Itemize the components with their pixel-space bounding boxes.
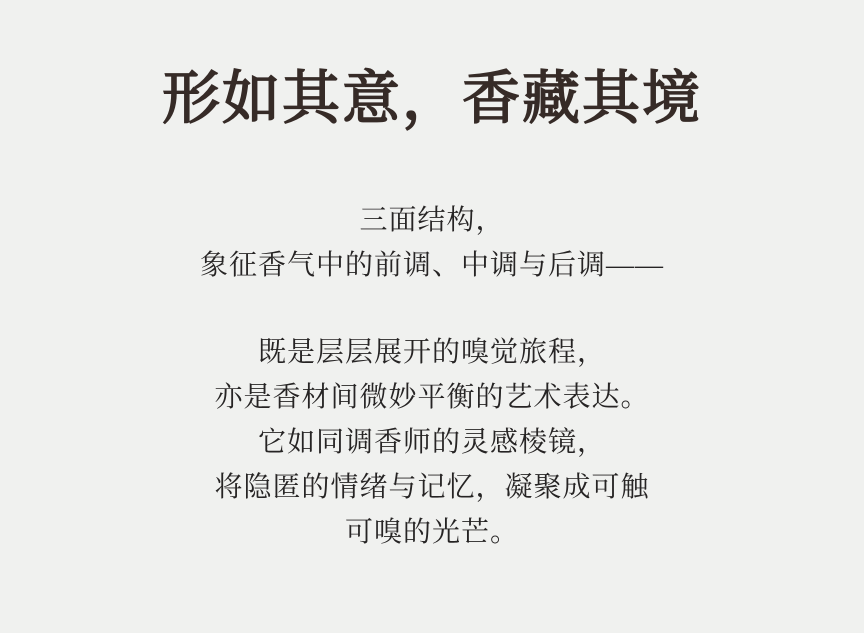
description-line-2: 亦是香材间微妙平衡的艺术表达。 [0, 375, 864, 420]
description-paragraph: 既是层层展开的嗅觉旅程， 亦是香材间微妙平衡的艺术表达。 它如同调香师的灵感棱镜… [0, 330, 864, 555]
slide-canvas: 形如其意，香藏其境 三面结构， 象征香气中的前调、中调与后调—— 既是层层展开的… [0, 0, 864, 633]
description-line-1: 既是层层展开的嗅觉旅程， [0, 330, 864, 375]
page-title: 形如其意，香藏其境 [0, 64, 864, 134]
description-line-5: 可嗅的光芒。 [0, 510, 864, 555]
description-line-4: 将隐匿的情绪与记忆，凝聚成可触 [0, 465, 864, 510]
intro-line-1: 三面结构， [0, 198, 864, 243]
intro-line-2: 象征香气中的前调、中调与后调—— [0, 243, 864, 288]
description-line-3: 它如同调香师的灵感棱镜， [0, 420, 864, 465]
intro-paragraph: 三面结构， 象征香气中的前调、中调与后调—— [0, 198, 864, 288]
